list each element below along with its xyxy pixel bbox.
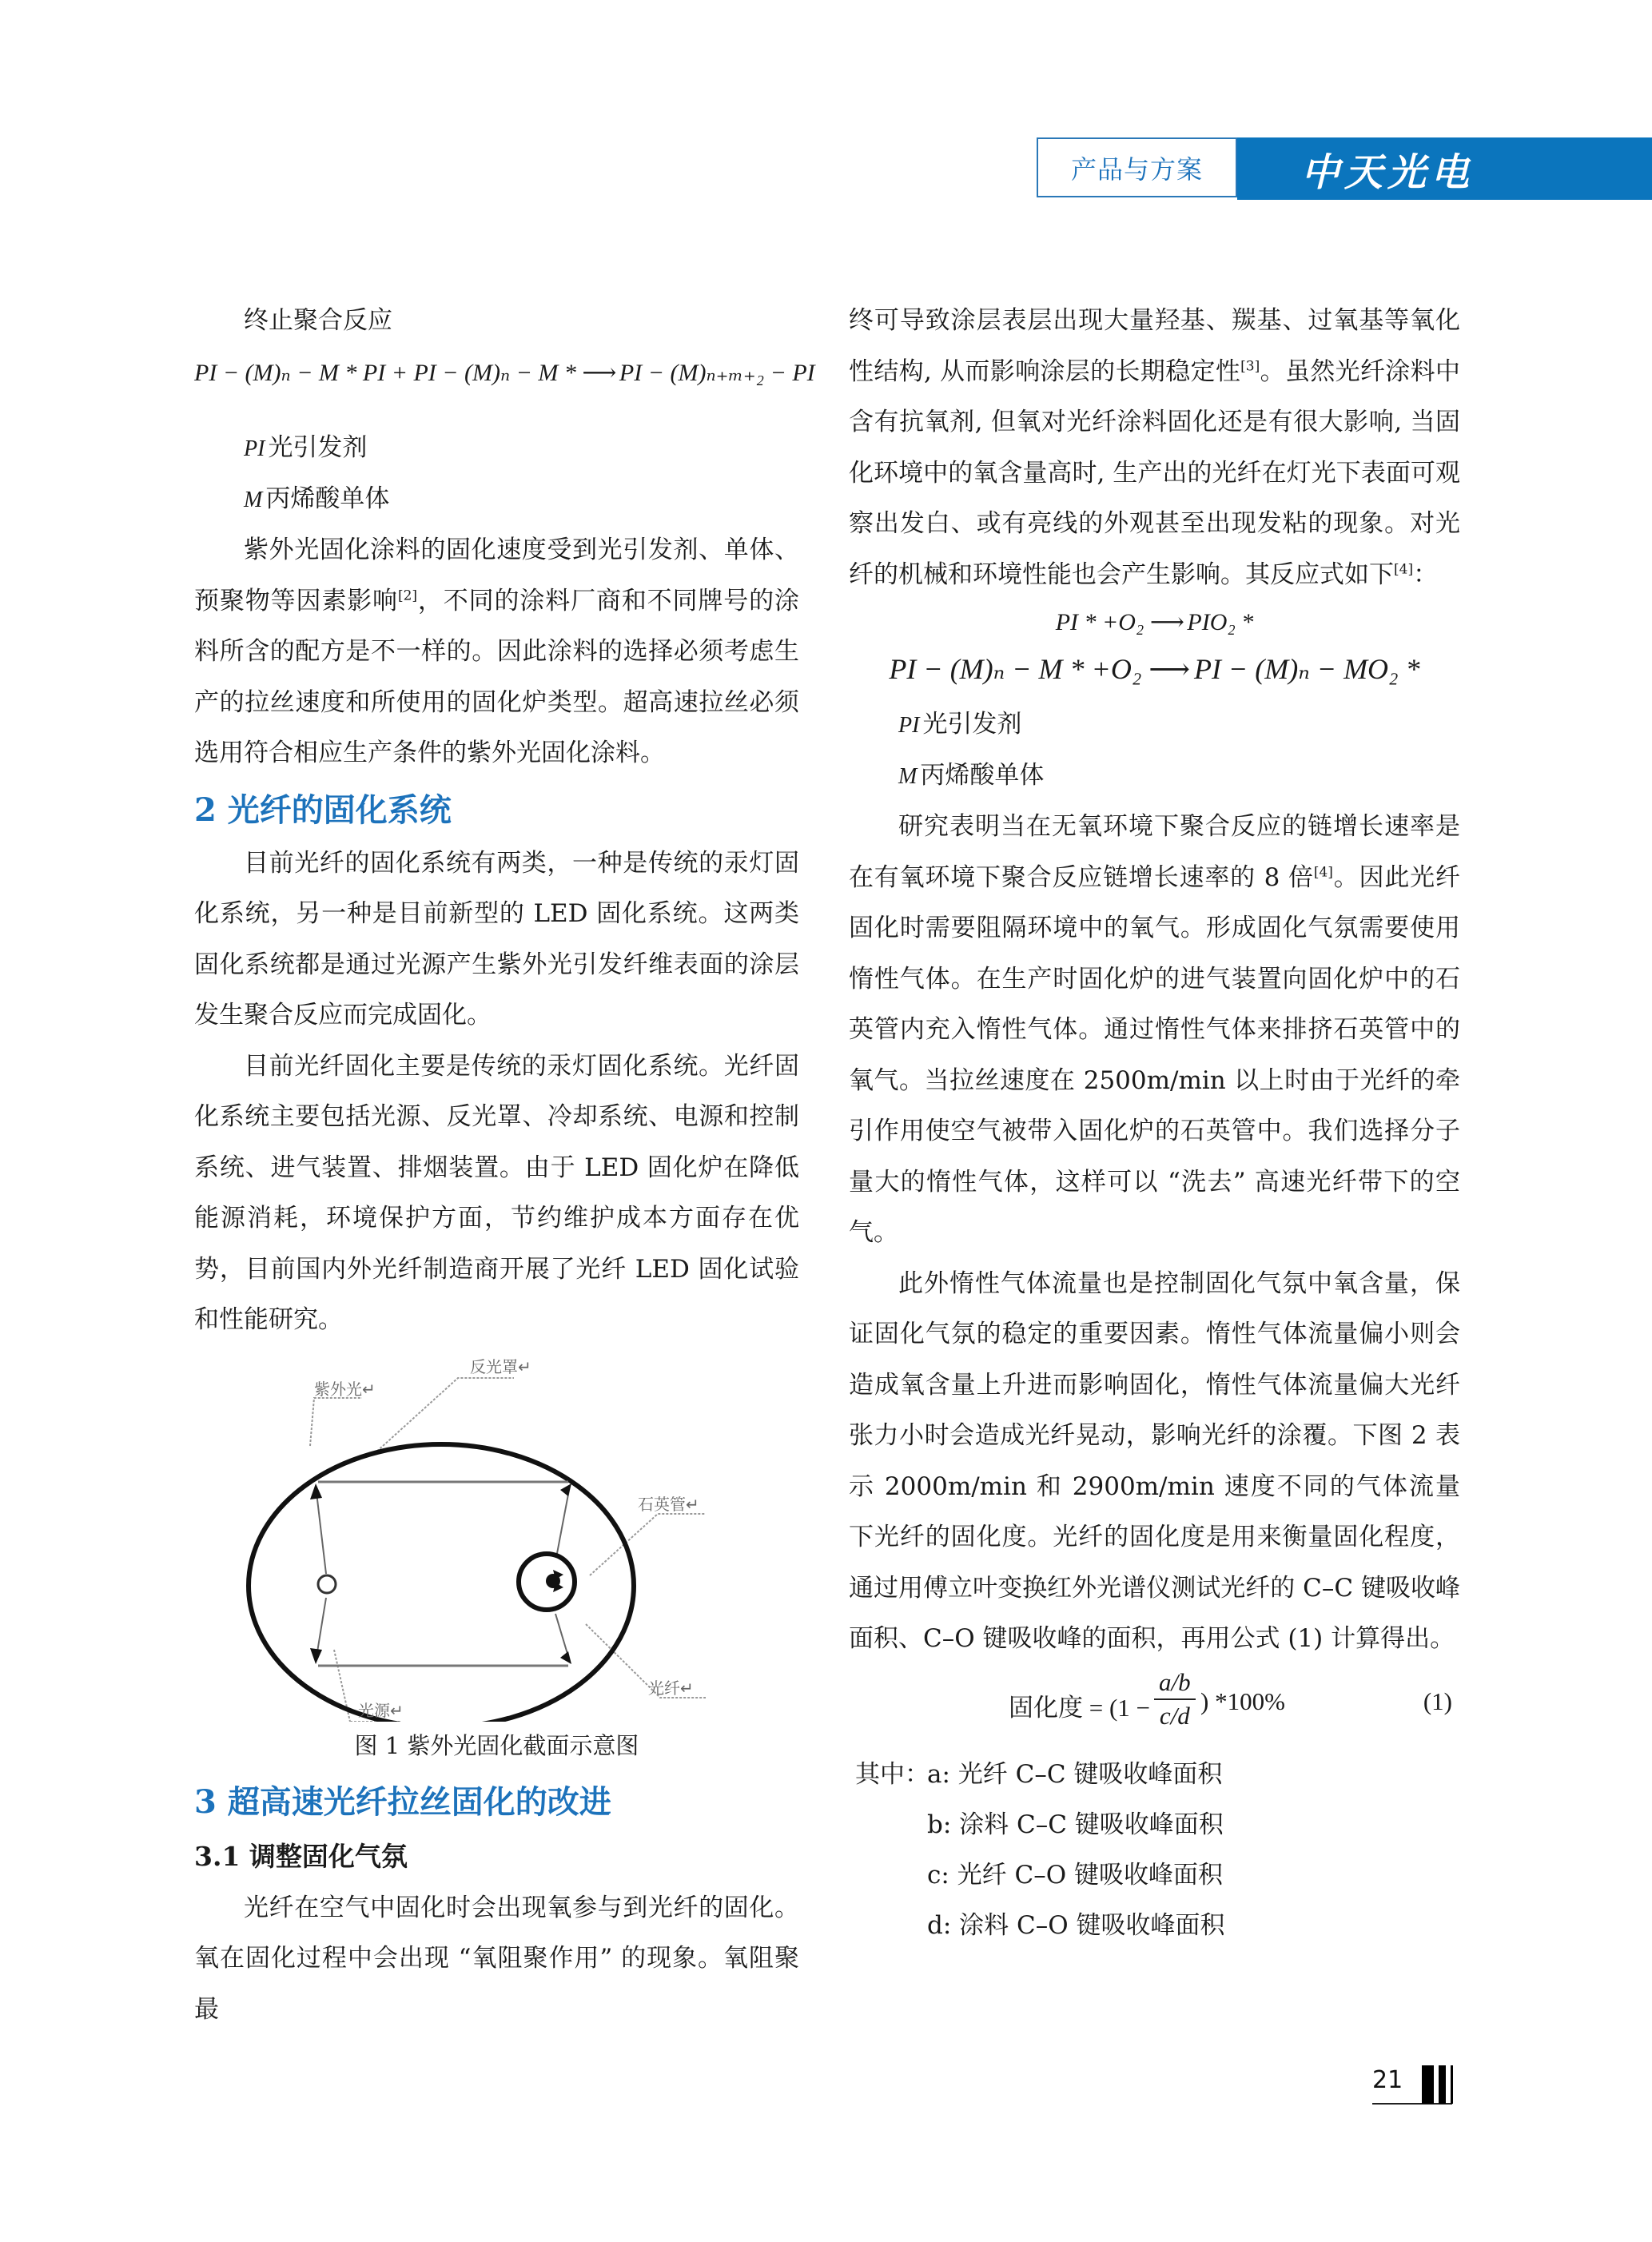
reaction-equation-1: PI * +O₂ ⟶ PIO₂ * [849,600,1460,645]
equation-lhs: PI − (M)ₙ − M * PI + PI − (M)ₙ − M * [194,360,576,386]
variable-definitions: 其中：a: 光纤 C–C 键吸收峰面积 b: 涂料 C–C 键吸收峰面积 c: … [849,1750,1460,1951]
decorative-bar [1451,2065,1453,2104]
definition-row: c: 光纤 C–O 键吸收峰面积 [849,1850,1460,1901]
reaction-equation-2: PI − (M)ₙ − M * +O₂ ⟶ PI − (M)ₙ − MO₂ * [849,645,1460,693]
paragraph: 目前光纤固化主要是传统的汞灯固化系统。光纤固化系统主要包括光源、反光罩、冷却系统… [194,1041,799,1346]
equation-rhs: PI − (M)ₙ₊ₘ₊₂ − PI [619,360,815,386]
reaction-arrow: ⟶ [1150,609,1181,635]
termination-equation: PI − (M)ₙ − M * PI + PI − (M)ₙ − M * ⟶ P… [194,356,799,391]
equation-rhs: PIO₂ * [1187,609,1253,635]
formula-rhs: ) *100% [1200,1687,1285,1716]
curing-degree-formula: 固化度 = (1 − a/b c/d ) *100% (1) [849,1665,1460,1745]
citation: [4] [1314,864,1333,880]
equation-number: (1) [1423,1687,1452,1716]
legend-text: 丙烯酸单体 [920,761,1044,790]
paragraph: 此外惰性气体流量也是控制固化气氛中氧含量，保证固化气氛的稳定的重要因素。惰性气体… [849,1259,1460,1665]
label-quartz-tube: 石英管↵ [638,1491,699,1515]
fraction-numerator: a/b [1154,1667,1196,1700]
legend-text: 光引发剂 [268,433,367,462]
legend-pi: PI光引发剂 [194,423,799,474]
formula-lhs: 固化度 = (1 − [1009,1687,1150,1723]
label-fiber: 光纤↵ [648,1675,694,1698]
decorative-bar [1422,2065,1434,2104]
legend-m: M丙烯酸单体 [194,474,799,525]
citation: [2] [398,587,417,603]
paragraph: 研究表明当在无氧环境下聚合反应的链增长速率是在有氧环境下聚合反应链增长速率的 8… [849,802,1460,1259]
label-uv-light: 紫外光↵ [314,1376,376,1400]
definition-row: 其中：a: 光纤 C–C 键吸收峰面积 [849,1750,1460,1800]
legend-symbol: M [898,764,917,789]
paragraph: 目前光纤的固化系统有两类，一种是传统的汞灯固化系统，另一种是目前新型的 LED … [194,838,799,1041]
label-reflector: 反光罩↵ [470,1354,531,1377]
paragraph: 终可导致涂层表层出现大量羟基、羰基、过氧基等氧化性结构, 从而影响涂层的长期稳定… [849,296,1460,600]
legend-m: M丙烯酸单体 [849,751,1460,802]
subsection-heading: 3.1 调整固化气氛 [194,1830,799,1883]
legend-text: 光引发剂 [922,710,1021,739]
light-source-circle [318,1575,336,1593]
fraction-denominator: c/d [1154,1700,1196,1732]
paragraph: 光纤在空气中固化时会出现氧参与到光纤的固化。氧在固化过程中会出现 “氧阻聚作用”… [194,1883,799,2036]
reaction-arrow: ⟶ [582,360,613,386]
diagram-svg [194,1346,799,1722]
decorative-bar [1439,2065,1446,2104]
section-label: 产品与方案 [1037,137,1237,197]
right-column: 终可导致涂层表层出现大量羟基、羰基、过氧基等氧化性结构, 从而影响涂层的长期稳定… [849,296,1460,1951]
section-heading: 2 光纤的固化系统 [194,783,799,838]
legend-pi: PI光引发剂 [849,699,1460,751]
definition-row: d: 涂料 C–O 键吸收峰面积 [849,1901,1460,1951]
legend-symbol: M [244,488,262,512]
equation-rhs: PI − (M)ₙ − MO₂ * [1194,653,1420,685]
section-heading: 3 超高速光纤拉丝固化的改进 [194,1774,799,1830]
brand-banner: 中天光电 [1237,137,1652,200]
brand-logo-text: 中天光电 [1301,141,1474,197]
reaction-arrow: ⟶ [1148,653,1187,685]
page-number: 21 [1372,2066,1403,2094]
paragraph: 紫外光固化涂料的固化速度受到光引发剂、单体、预聚物等因素影响[2]，不同的涂料厂… [194,525,799,779]
legend-symbol: PI [898,713,919,738]
legend-symbol: PI [244,436,265,461]
figure-uv-curing-cross-section: 紫外光↵ 反光罩↵ 石英管↵ 光纤↵ 光源↵ [194,1346,799,1722]
left-column: 终止聚合反应 PI − (M)ₙ − M * PI + PI − (M)ₙ − … [194,296,799,2035]
formula-fraction: a/b c/d [1154,1667,1196,1732]
definition-row: b: 涂料 C–C 键吸收峰面积 [849,1800,1460,1850]
termination-heading: 终止聚合反应 [194,296,799,346]
citation: [3] [1240,358,1260,374]
equation-lhs: PI * +O₂ [1056,609,1144,635]
equation-lhs: PI − (M)ₙ − M * +O₂ [889,653,1141,685]
definitions-intro: 其中： [849,1750,927,1800]
citation: [4] [1394,561,1413,577]
legend-text: 丙烯酸单体 [265,484,389,513]
label-light-source: 光源↵ [358,1698,404,1721]
figure-caption: 图 1 紫外光固化截面示意图 [194,1722,799,1770]
